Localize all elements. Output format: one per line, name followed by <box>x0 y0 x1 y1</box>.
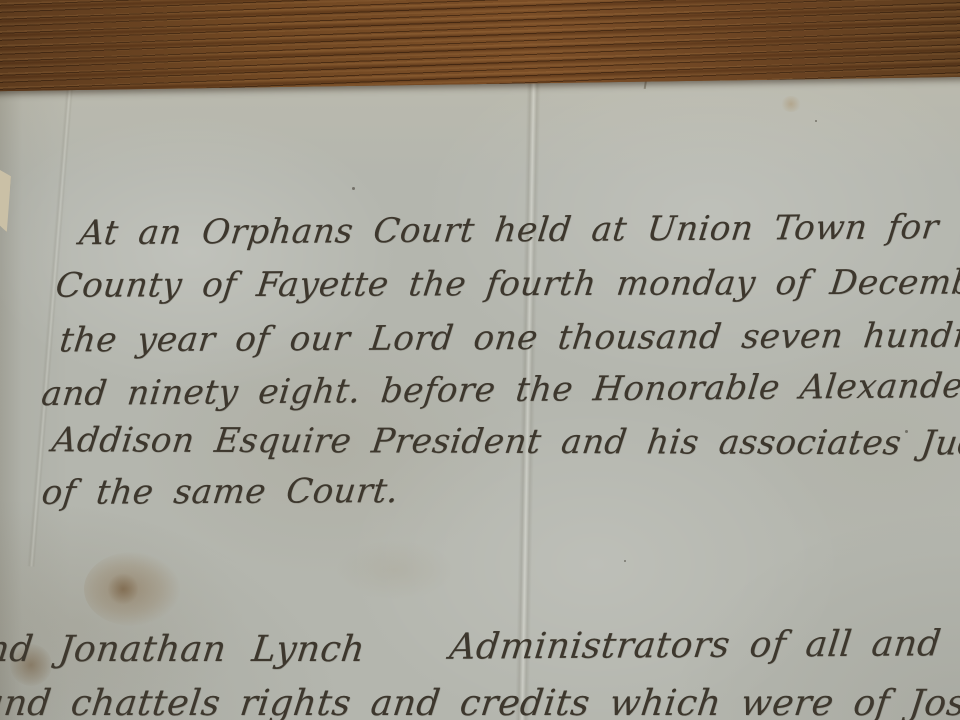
manuscript-line: Addison Esquire President and his associ… <box>50 422 960 463</box>
wood-table-edge <box>0 0 960 91</box>
photograph: At an Orphans Court held at Union Town f… <box>0 0 960 720</box>
ink-speck <box>352 187 355 190</box>
manuscript-line: of the same Court. <box>40 473 401 512</box>
ink-speck <box>815 120 817 122</box>
brown-stain-core <box>108 572 138 606</box>
manuscript-line: and ninety eight. before the Honorable A… <box>39 368 960 414</box>
faint-discoloration <box>335 540 455 600</box>
manuscript-line: the year of our Lord one thousand seven … <box>58 318 960 360</box>
manuscript-line: At an Orphans Court held at Union Town f… <box>77 209 960 253</box>
ink-speck <box>624 560 626 562</box>
manuscript-line-partial: nd Jonathan Lynch <box>0 630 367 670</box>
small-stain <box>780 96 802 112</box>
manuscript-line: County of Fayette the fourth monday of D… <box>54 264 960 305</box>
manuscript-line: Administrators of all and <box>448 624 944 667</box>
manuscript-line-partial: and chattels rights and credits which we… <box>0 684 960 720</box>
